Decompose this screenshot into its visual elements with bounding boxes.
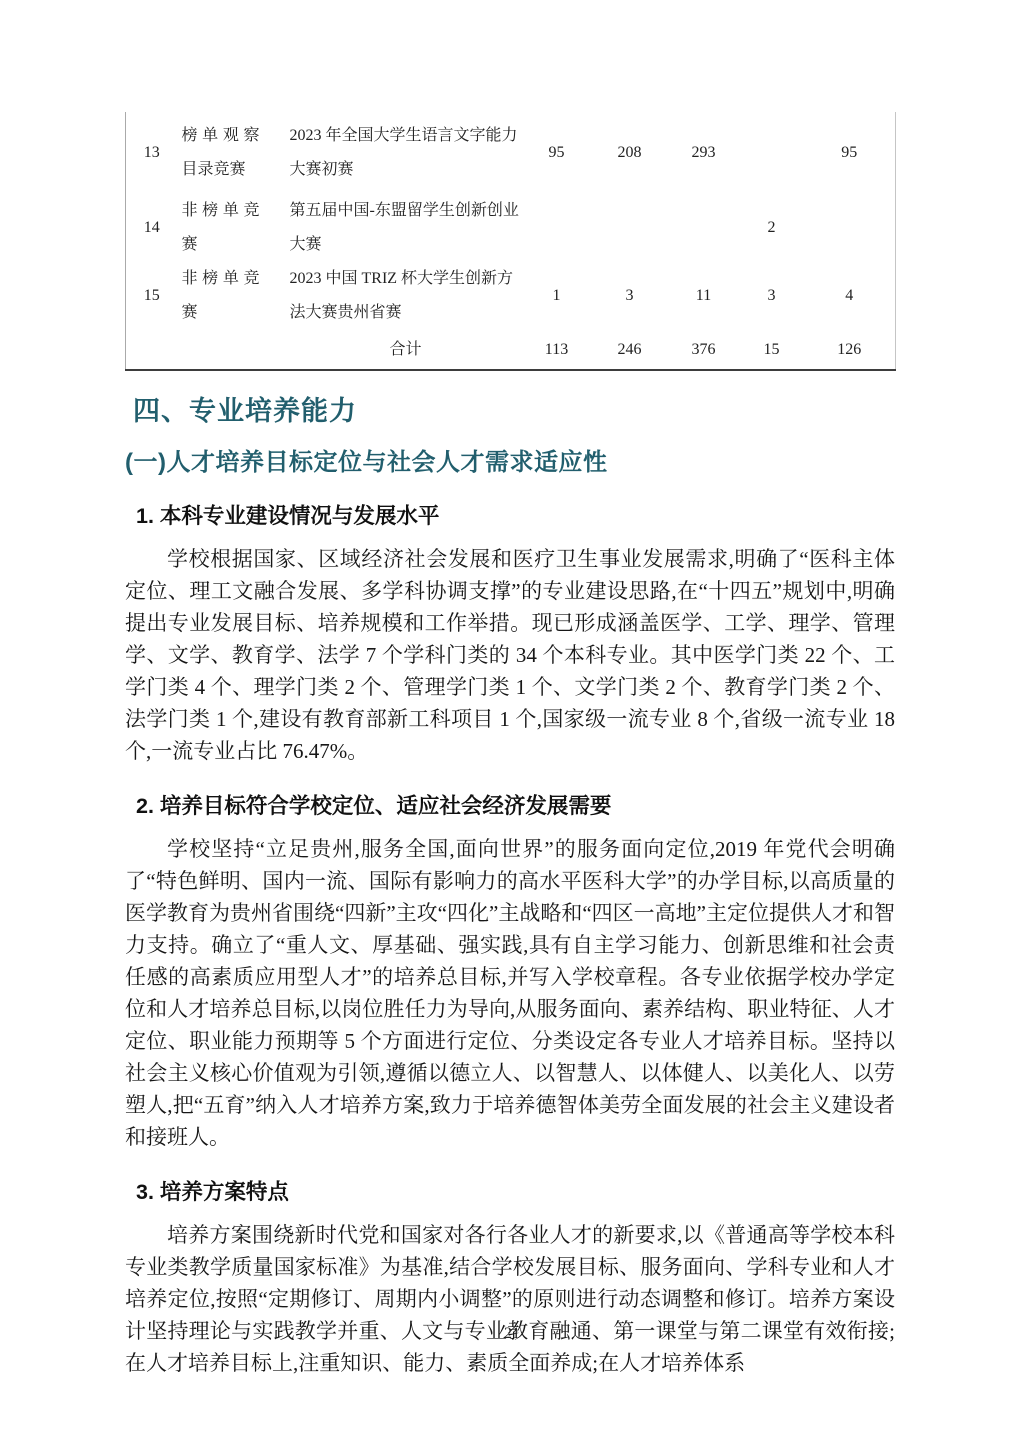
total-value: 126 (804, 330, 896, 370)
total-value: 15 (740, 330, 804, 370)
row-value (740, 112, 804, 194)
competition-results-table: 13 榜单观察目录竞赛 2023 年全国大学生语言文字能力大赛初赛 95 208… (125, 112, 896, 371)
row-index: 13 (126, 112, 178, 194)
row-value: 4 (804, 262, 896, 330)
paragraph-2: 学校坚持“立足贵州,服务全国,面向世界”的服务面向定位,2019 年党代会明确了… (125, 833, 895, 1153)
row-category: 非榜单竞赛 (178, 194, 290, 262)
document-page: 13 榜单观察目录竞赛 2023 年全国大学生语言文字能力大赛初赛 95 208… (0, 0, 1024, 1448)
point-heading-3: 3. 培养方案特点 (136, 1175, 895, 1206)
row-category: 榜单观察目录竞赛 (178, 112, 290, 194)
row-value: 11 (668, 262, 740, 330)
page-number: 21 (0, 1325, 1024, 1343)
table-row: 13 榜单观察目录竞赛 2023 年全国大学生语言文字能力大赛初赛 95 208… (126, 112, 896, 194)
row-value: 2 (740, 194, 804, 262)
row-value (668, 194, 740, 262)
row-value: 3 (740, 262, 804, 330)
table-row: 15 非榜单竞赛 2023 中国 TRIZ 杯大学生创新方法大赛贵州省赛 1 3… (126, 262, 896, 330)
total-value: 246 (592, 330, 668, 370)
row-index: 15 (126, 262, 178, 330)
row-value: 1 (522, 262, 592, 330)
row-value (592, 194, 668, 262)
point-heading-2: 2. 培养目标符合学校定位、适应社会经济发展需要 (136, 789, 895, 820)
competition-name: 2023 中国 TRIZ 杯大学生创新方法大赛贵州省赛 (290, 262, 522, 330)
competition-name: 2023 年全国大学生语言文字能力大赛初赛 (290, 112, 522, 194)
row-value: 3 (592, 262, 668, 330)
total-value: 113 (522, 330, 592, 370)
row-value: 293 (668, 112, 740, 194)
competition-name: 第五届中国-东盟留学生创新创业大赛 (290, 194, 522, 262)
total-label: 合计 (290, 330, 522, 370)
table-total-row: 合计 113 246 376 15 126 (126, 330, 896, 370)
section-heading: 四、专业培养能力 (133, 389, 895, 428)
total-value: 376 (668, 330, 740, 370)
row-value: 95 (804, 112, 896, 194)
row-category: 非榜单竞赛 (178, 262, 290, 330)
row-value (804, 194, 896, 262)
row-index: 14 (126, 194, 178, 262)
paragraph-3: 培养方案围绕新时代党和国家对各行各业人才的新要求,以《普通高等学校本科专业类教学… (125, 1219, 895, 1379)
table-row: 14 非榜单竞赛 第五届中国-东盟留学生创新创业大赛 2 (126, 194, 896, 262)
paragraph-1: 学校根据国家、区域经济社会发展和医疗卫生事业发展需求,明确了“医科主体定位、理工… (125, 543, 895, 767)
row-value: 95 (522, 112, 592, 194)
row-value (522, 194, 592, 262)
row-value: 208 (592, 112, 668, 194)
point-heading-1: 1. 本科专业建设情况与发展水平 (136, 499, 895, 530)
subsection-heading: (一)人才培养目标定位与社会人才需求适应性 (125, 442, 895, 477)
